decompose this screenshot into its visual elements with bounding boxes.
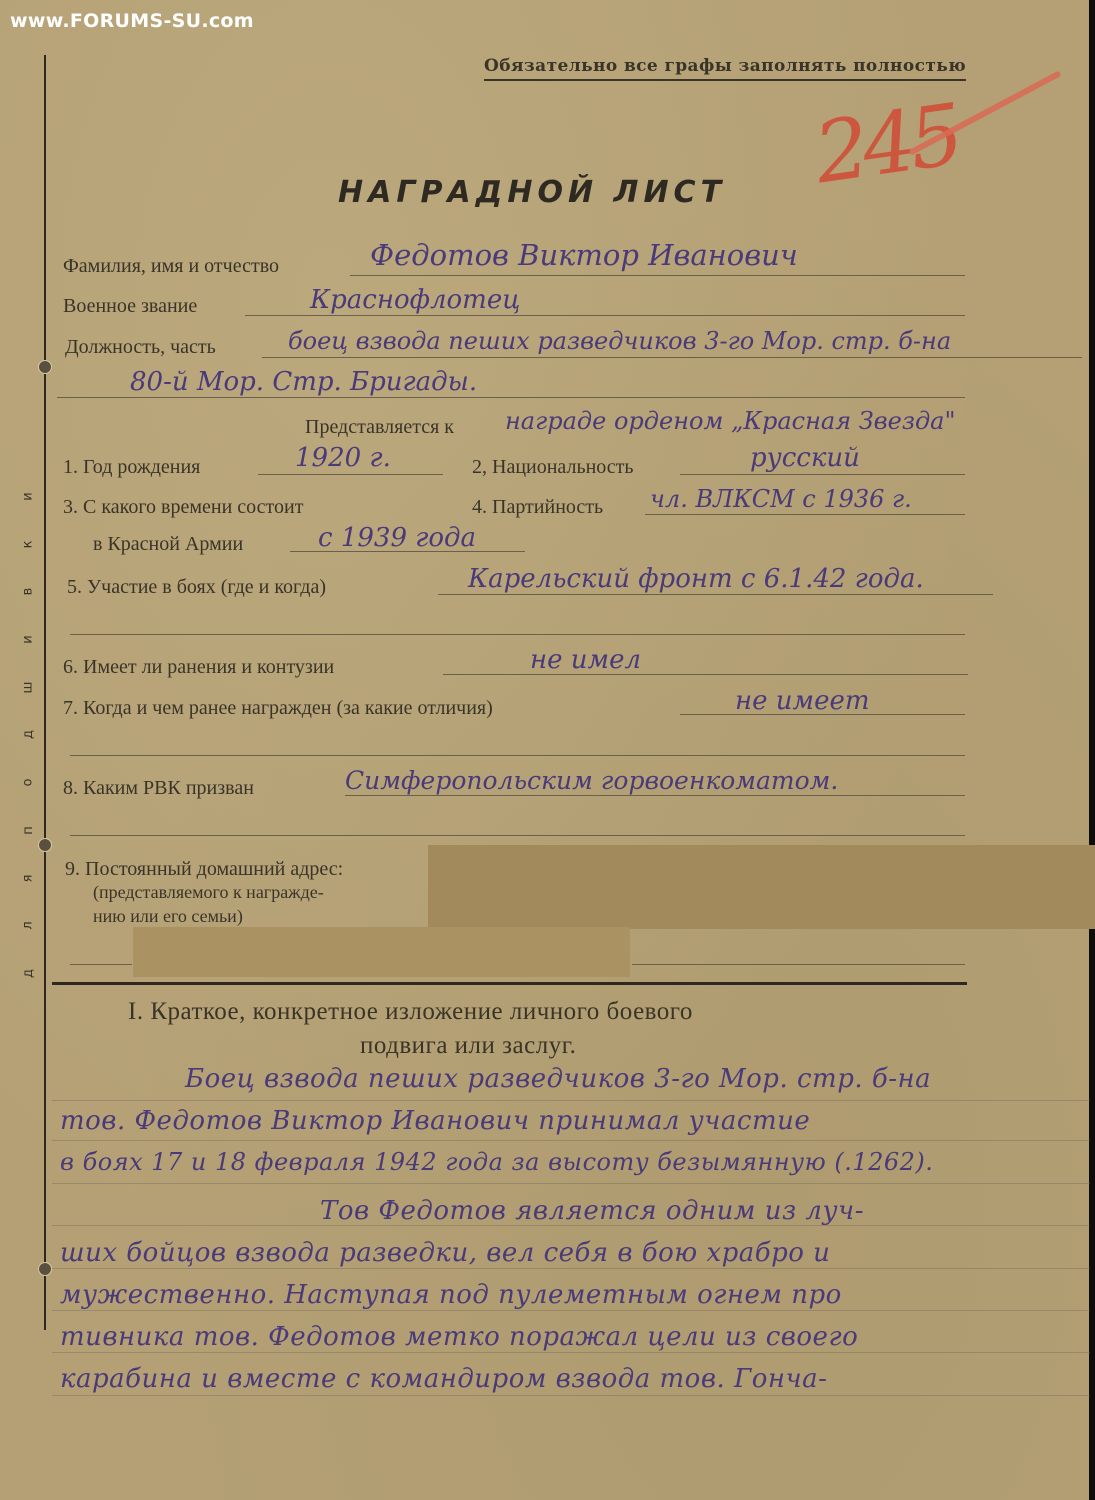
watermark: www.FORUMS-SU.com xyxy=(10,10,254,32)
name-label: Фамилия, имя и отчество xyxy=(63,255,279,278)
section-divider xyxy=(52,982,967,985)
ruled-line xyxy=(52,1183,1090,1184)
birth-year-label: 1. Год рождения xyxy=(63,456,200,479)
nationality-value: русский xyxy=(750,443,860,473)
ruled-line xyxy=(52,1395,1090,1396)
birth-year-underline xyxy=(258,474,443,475)
punch-hole-icon xyxy=(38,838,52,852)
narrative-line: Тов Федотов является одним из луч- xyxy=(320,1196,864,1226)
address-underline-2 xyxy=(632,964,965,965)
address-label-2: (представляемого к награжде- xyxy=(93,882,324,903)
battles-value: Карельский фронт с 6.1.42 года. xyxy=(468,564,924,594)
narrative-line: карабина и вместе с командиром взвода то… xyxy=(60,1364,827,1394)
side-letter: я xyxy=(21,874,34,882)
fill-all-fields-notice: Обязательно все графы заполнять полность… xyxy=(484,56,966,81)
side-letter: ш xyxy=(22,681,35,693)
ruled-line xyxy=(52,1100,1090,1101)
service-since-label-2: в Красной Армии xyxy=(93,533,243,556)
narrative-line: ших бойцов взвода разведки, вел себя в б… xyxy=(60,1238,830,1268)
nationality-underline xyxy=(680,474,965,475)
side-label-for-stitching: д л я п о д ш и в к и xyxy=(18,490,38,980)
rank-value: Краснофлотец xyxy=(310,285,520,315)
ruled-line xyxy=(52,1352,1090,1353)
narrative-line: тов. Федотов Виктор Иванович принимал уч… xyxy=(60,1106,810,1136)
page-title: НАГРАДНОЙ ЛИСТ xyxy=(338,175,726,210)
address-label: 9. Постоянный домашний адрес: xyxy=(65,858,343,881)
rvk-underline-2 xyxy=(70,835,965,836)
award-label: Представляется к xyxy=(305,416,454,439)
battles-underline xyxy=(438,594,993,595)
narrative-line: в боях 17 и 18 февраля 1942 года за высо… xyxy=(60,1148,933,1176)
name-value: Федотов Виктор Иванович xyxy=(370,238,798,272)
award-value: награде орденом „Красная Звезда" xyxy=(505,407,956,435)
rvk-value: Симферопольским горвоенкоматом. xyxy=(345,766,838,795)
rvk-underline xyxy=(345,795,965,796)
prior-awards-label: 7. Когда и чем ранее награжден (за какие… xyxy=(63,697,493,720)
position-label: Должность, часть xyxy=(65,336,216,359)
side-letter: п xyxy=(22,826,35,835)
party-value: чл. ВЛКСМ с 1936 г. xyxy=(650,485,912,513)
wounds-label: 6. Имеет ли ранения и контузии xyxy=(63,656,334,679)
side-letter: в xyxy=(21,588,34,596)
section-1-title: I. Краткое, конкретное изложение личного… xyxy=(128,998,693,1026)
ruled-line xyxy=(52,1140,1090,1141)
side-letter: и xyxy=(21,635,34,643)
rank-underline xyxy=(245,315,965,316)
service-since-label: 3. С какого времени состоит xyxy=(63,496,303,519)
prior-awards-value: не имеет xyxy=(735,686,870,716)
position-underline xyxy=(262,357,1082,358)
narrative-line: мужественно. Наступая под пулеметным огн… xyxy=(60,1280,842,1310)
battles-underline-2 xyxy=(70,634,965,635)
redacted-address-2 xyxy=(133,927,630,977)
position-value-line1: боец взвода пеших разведчиков 3-го Мор. … xyxy=(288,327,951,355)
party-underline xyxy=(645,514,965,515)
service-since-value: с 1939 года xyxy=(318,523,476,553)
position-underline-2 xyxy=(57,397,965,398)
address-underline xyxy=(70,964,132,965)
ruled-line xyxy=(52,1310,1090,1311)
narrative-line: Боец взвода пеших разведчиков 3-го Мор. … xyxy=(185,1064,931,1094)
position-value-line2: 80-й Мор. Стр. Бригады. xyxy=(130,367,477,397)
rank-label: Военное звание xyxy=(63,295,197,318)
scan-edge xyxy=(1089,0,1095,1500)
punch-hole-icon xyxy=(38,360,52,374)
side-letter: о xyxy=(22,779,35,787)
address-label-3: нию или его семьи) xyxy=(93,906,243,927)
side-letter: д xyxy=(22,969,35,978)
nationality-label: 2, Национальность xyxy=(472,456,634,479)
prior-awards-underline-2 xyxy=(70,755,965,756)
wounds-value: не имел xyxy=(530,645,641,675)
side-letter: и xyxy=(21,492,34,500)
punch-hole-icon xyxy=(38,1262,52,1276)
battles-label: 5. Участие в боях (где и когда) xyxy=(67,576,326,599)
ruled-line xyxy=(52,1268,1090,1269)
wounds-underline xyxy=(443,674,968,675)
birth-year-value: 1920 г. xyxy=(295,443,391,473)
side-letter: д xyxy=(22,730,35,739)
redacted-address xyxy=(428,845,1095,929)
binding-margin-line xyxy=(44,55,46,1330)
side-letter: л xyxy=(22,922,35,930)
document-number: 245 xyxy=(809,86,964,203)
narrative-line: тивника тов. Федотов метко поражал цели … xyxy=(60,1322,858,1352)
name-underline xyxy=(350,275,965,276)
side-letter: к xyxy=(21,540,34,548)
rvk-label: 8. Каким РВК призван xyxy=(63,777,254,800)
party-label: 4. Партийность xyxy=(472,496,603,519)
section-1-title-2: подвига или заслуг. xyxy=(360,1032,576,1060)
